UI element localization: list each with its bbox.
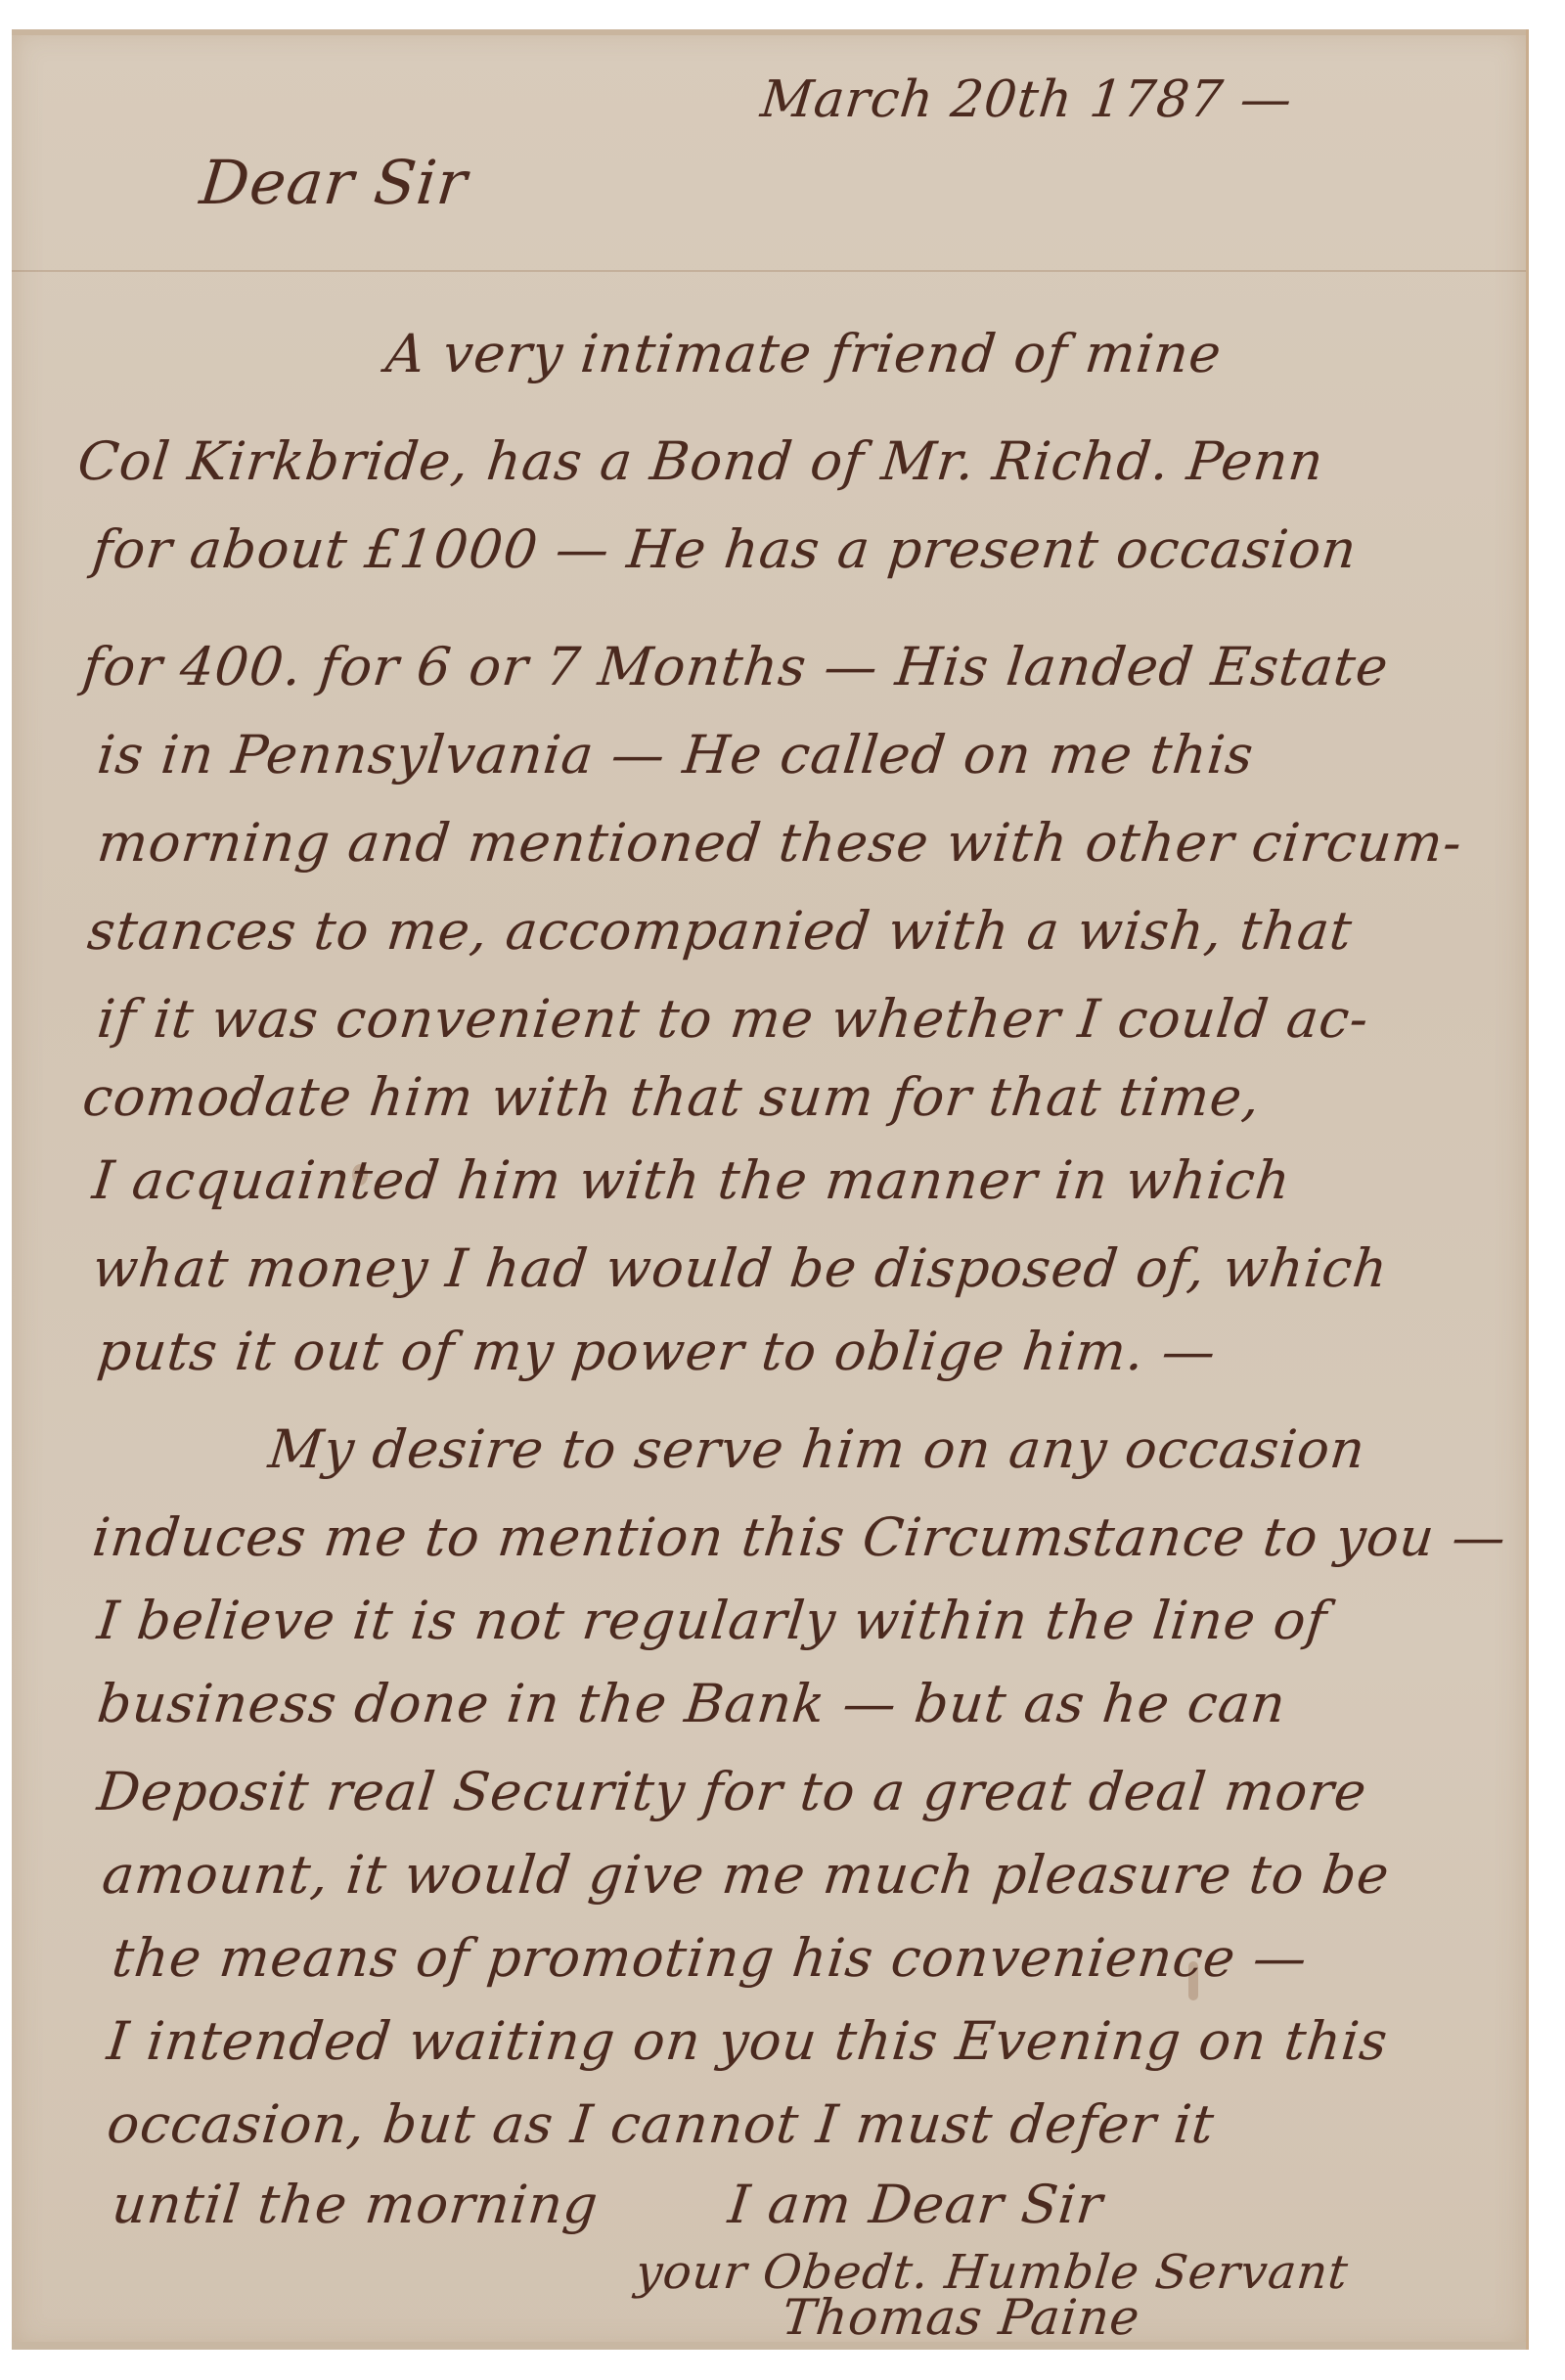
body-line: puts it out of my power to oblige him. — [95,1321,1220,1382]
letter-date: March 20th 1787 — [758,70,1296,129]
body-line: I believe it is not regularly within the… [95,1590,1330,1651]
body-line: business done in the Bank — but as he ca… [95,1673,1289,1734]
body-line: what money I had would be disposed of, w… [90,1237,1391,1299]
body-line: morning and mentioned these with other c… [95,812,1465,874]
body-line: induces me to mention this Circumstance … [90,1506,1510,1568]
body-line: if it was convenient to me whether I cou… [95,988,1372,1050]
salutation: Dear Sir [197,147,470,218]
body-line: A very intimate friend of mine [383,323,1225,384]
body-line: is in Pennsylvania — He called on me thi… [95,724,1257,786]
body-line: comodate him with that sum for that time… [80,1066,1264,1128]
body-line: until the morning [110,2174,602,2235]
body-line: for 400. for 6 or 7 Months — His landed … [80,636,1392,697]
paper-fold-line [12,270,1526,272]
body-line: the means of promoting his convenience — [110,1927,1311,1989]
body-line: Col Kirkbride, has a Bond of Mr. Richd. … [75,430,1327,492]
body-line: Deposit real Security for to a great dea… [95,1761,1370,1822]
body-line: for about £1000 — He has a present occas… [90,518,1361,580]
body-line: stances to me, accompanied with a wish, … [85,900,1356,962]
signature: Thomas Paine [780,2289,1143,2346]
body-line: I acquainted him with the manner in whic… [90,1149,1294,1211]
body-line: amount, it would give me much pleasure t… [100,1844,1393,1906]
body-line: My desire to serve him on any occasion [266,1418,1368,1480]
body-line: I intended waiting on you this Evening o… [105,2010,1391,2072]
closing-inline: I am Dear Sir [726,2174,1106,2235]
body-line: occasion, but as I cannot I must defer i… [105,2093,1218,2155]
